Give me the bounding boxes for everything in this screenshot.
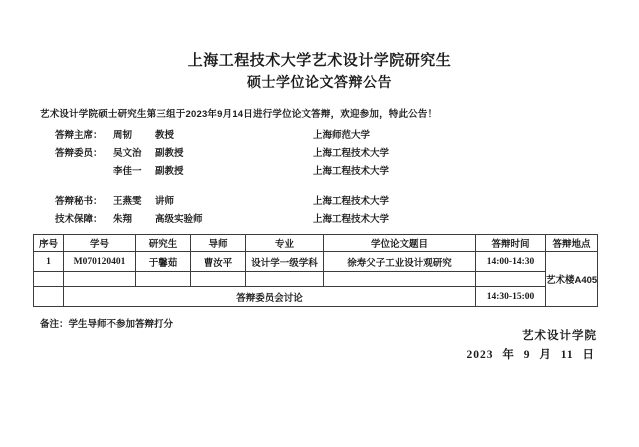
major-cell (246, 272, 324, 287)
seq-cell (34, 287, 64, 307)
signature-department: 艺术设计学院 (522, 327, 597, 343)
advisor-cell: 曹汝平 (191, 252, 246, 272)
page-title: 上海工程技术大学艺术设计学院研究生 硕士学位论文答辩公告 (0, 50, 639, 93)
committee-row: 李佳一 副教授 上海工程技术大学 (55, 163, 389, 181)
committee-row: 答辩委员： 吴文治 副教授 上海工程技术大学 (55, 145, 389, 163)
person-affiliation: 上海师范大学 (313, 127, 389, 145)
location-cell: 艺术楼A405 (546, 252, 598, 307)
person-name: 王燕雯 (113, 193, 155, 211)
person-affiliation: 上海工程技术大学 (313, 193, 389, 211)
note-text: 备注：学生导师不参加答辩打分 (40, 316, 173, 330)
announcement-text: 艺术设计学院硕士研究生第三组于2023年9月14日进行学位论文答辩，欢迎参加，特… (40, 106, 437, 120)
person-name: 吴文治 (113, 145, 155, 163)
student-name-cell: 于馨茹 (136, 252, 191, 272)
staff-row: 技术保障： 朱翔 高级实验师 上海工程技术大学 (55, 211, 389, 229)
defense-announcement-page: 上海工程技术大学艺术设计学院研究生 硕士学位论文答辩公告 艺术设计学院硕士研究生… (0, 0, 639, 447)
person-affiliation: 上海工程技术大学 (313, 145, 389, 163)
person-title: 讲师 (155, 193, 313, 211)
title-line-1: 上海工程技术大学艺术设计学院研究生 (0, 50, 639, 72)
person-name: 周韧 (113, 127, 155, 145)
discussion-cell: 答辩委员会讨论 (64, 287, 476, 307)
time-cell (476, 272, 546, 287)
advisor-cell (191, 272, 246, 287)
person-title: 副教授 (155, 163, 313, 181)
person-affiliation: 上海工程技术大学 (313, 211, 389, 229)
thesis-title-cell: 徐寿父子工业设计观研究 (324, 252, 476, 272)
person-affiliation: 上海工程技术大学 (313, 163, 389, 181)
student-name-cell (136, 272, 191, 287)
header-location: 答辩地点 (546, 235, 598, 252)
student-id-cell (64, 272, 136, 287)
person-title: 高级实验师 (155, 211, 313, 229)
role-label: 技术保障： (55, 211, 113, 229)
header-thesis-title: 学位论文题目 (324, 235, 476, 252)
role-label: 答辩秘书： (55, 193, 113, 211)
header-seq: 序号 (34, 235, 64, 252)
person-title: 副教授 (155, 145, 313, 163)
header-student: 研究生 (136, 235, 191, 252)
table-header-row: 序号 学号 研究生 导师 专业 学位论文题目 答辩时间 答辩地点 (34, 235, 598, 252)
header-major: 专业 (246, 235, 324, 252)
student-id-cell: M070120401 (64, 252, 136, 272)
table-row: 1 M070120401 于馨茹 曹汝平 设计学一级学科 徐寿父子工业设计观研究… (34, 252, 598, 272)
defense-schedule-table: 序号 学号 研究生 导师 专业 学位论文题目 答辩时间 答辩地点 1 M0701… (33, 234, 598, 307)
discussion-row: 答辩委员会讨论 14:30-15:00 (34, 287, 598, 307)
role-label: 答辩委员： (55, 145, 113, 163)
header-advisor: 导师 (191, 235, 246, 252)
staff-list: 答辩秘书： 王燕雯 讲师 上海工程技术大学 技术保障： 朱翔 高级实验师 上海工… (55, 193, 389, 229)
seq-cell (34, 272, 64, 287)
table-empty-row (34, 272, 598, 287)
major-cell: 设计学一级学科 (246, 252, 324, 272)
title-line-2: 硕士学位论文答辩公告 (0, 72, 639, 93)
signature-date: 2023 年 9 月 11 日 (467, 346, 596, 362)
time-cell: 14:00-14:30 (476, 252, 546, 272)
person-name: 朱翔 (113, 211, 155, 229)
header-student-id: 学号 (64, 235, 136, 252)
person-title: 教授 (155, 127, 313, 145)
time-cell: 14:30-15:00 (476, 287, 546, 307)
seq-cell: 1 (34, 252, 64, 272)
role-label (55, 163, 113, 181)
thesis-title-cell (324, 272, 476, 287)
committee-row: 答辩主席： 周韧 教授 上海师范大学 (55, 127, 389, 145)
staff-row: 答辩秘书： 王燕雯 讲师 上海工程技术大学 (55, 193, 389, 211)
role-label: 答辩主席： (55, 127, 113, 145)
header-time: 答辩时间 (476, 235, 546, 252)
person-name: 李佳一 (113, 163, 155, 181)
committee-list: 答辩主席： 周韧 教授 上海师范大学 答辩委员： 吴文治 副教授 上海工程技术大… (55, 127, 389, 181)
